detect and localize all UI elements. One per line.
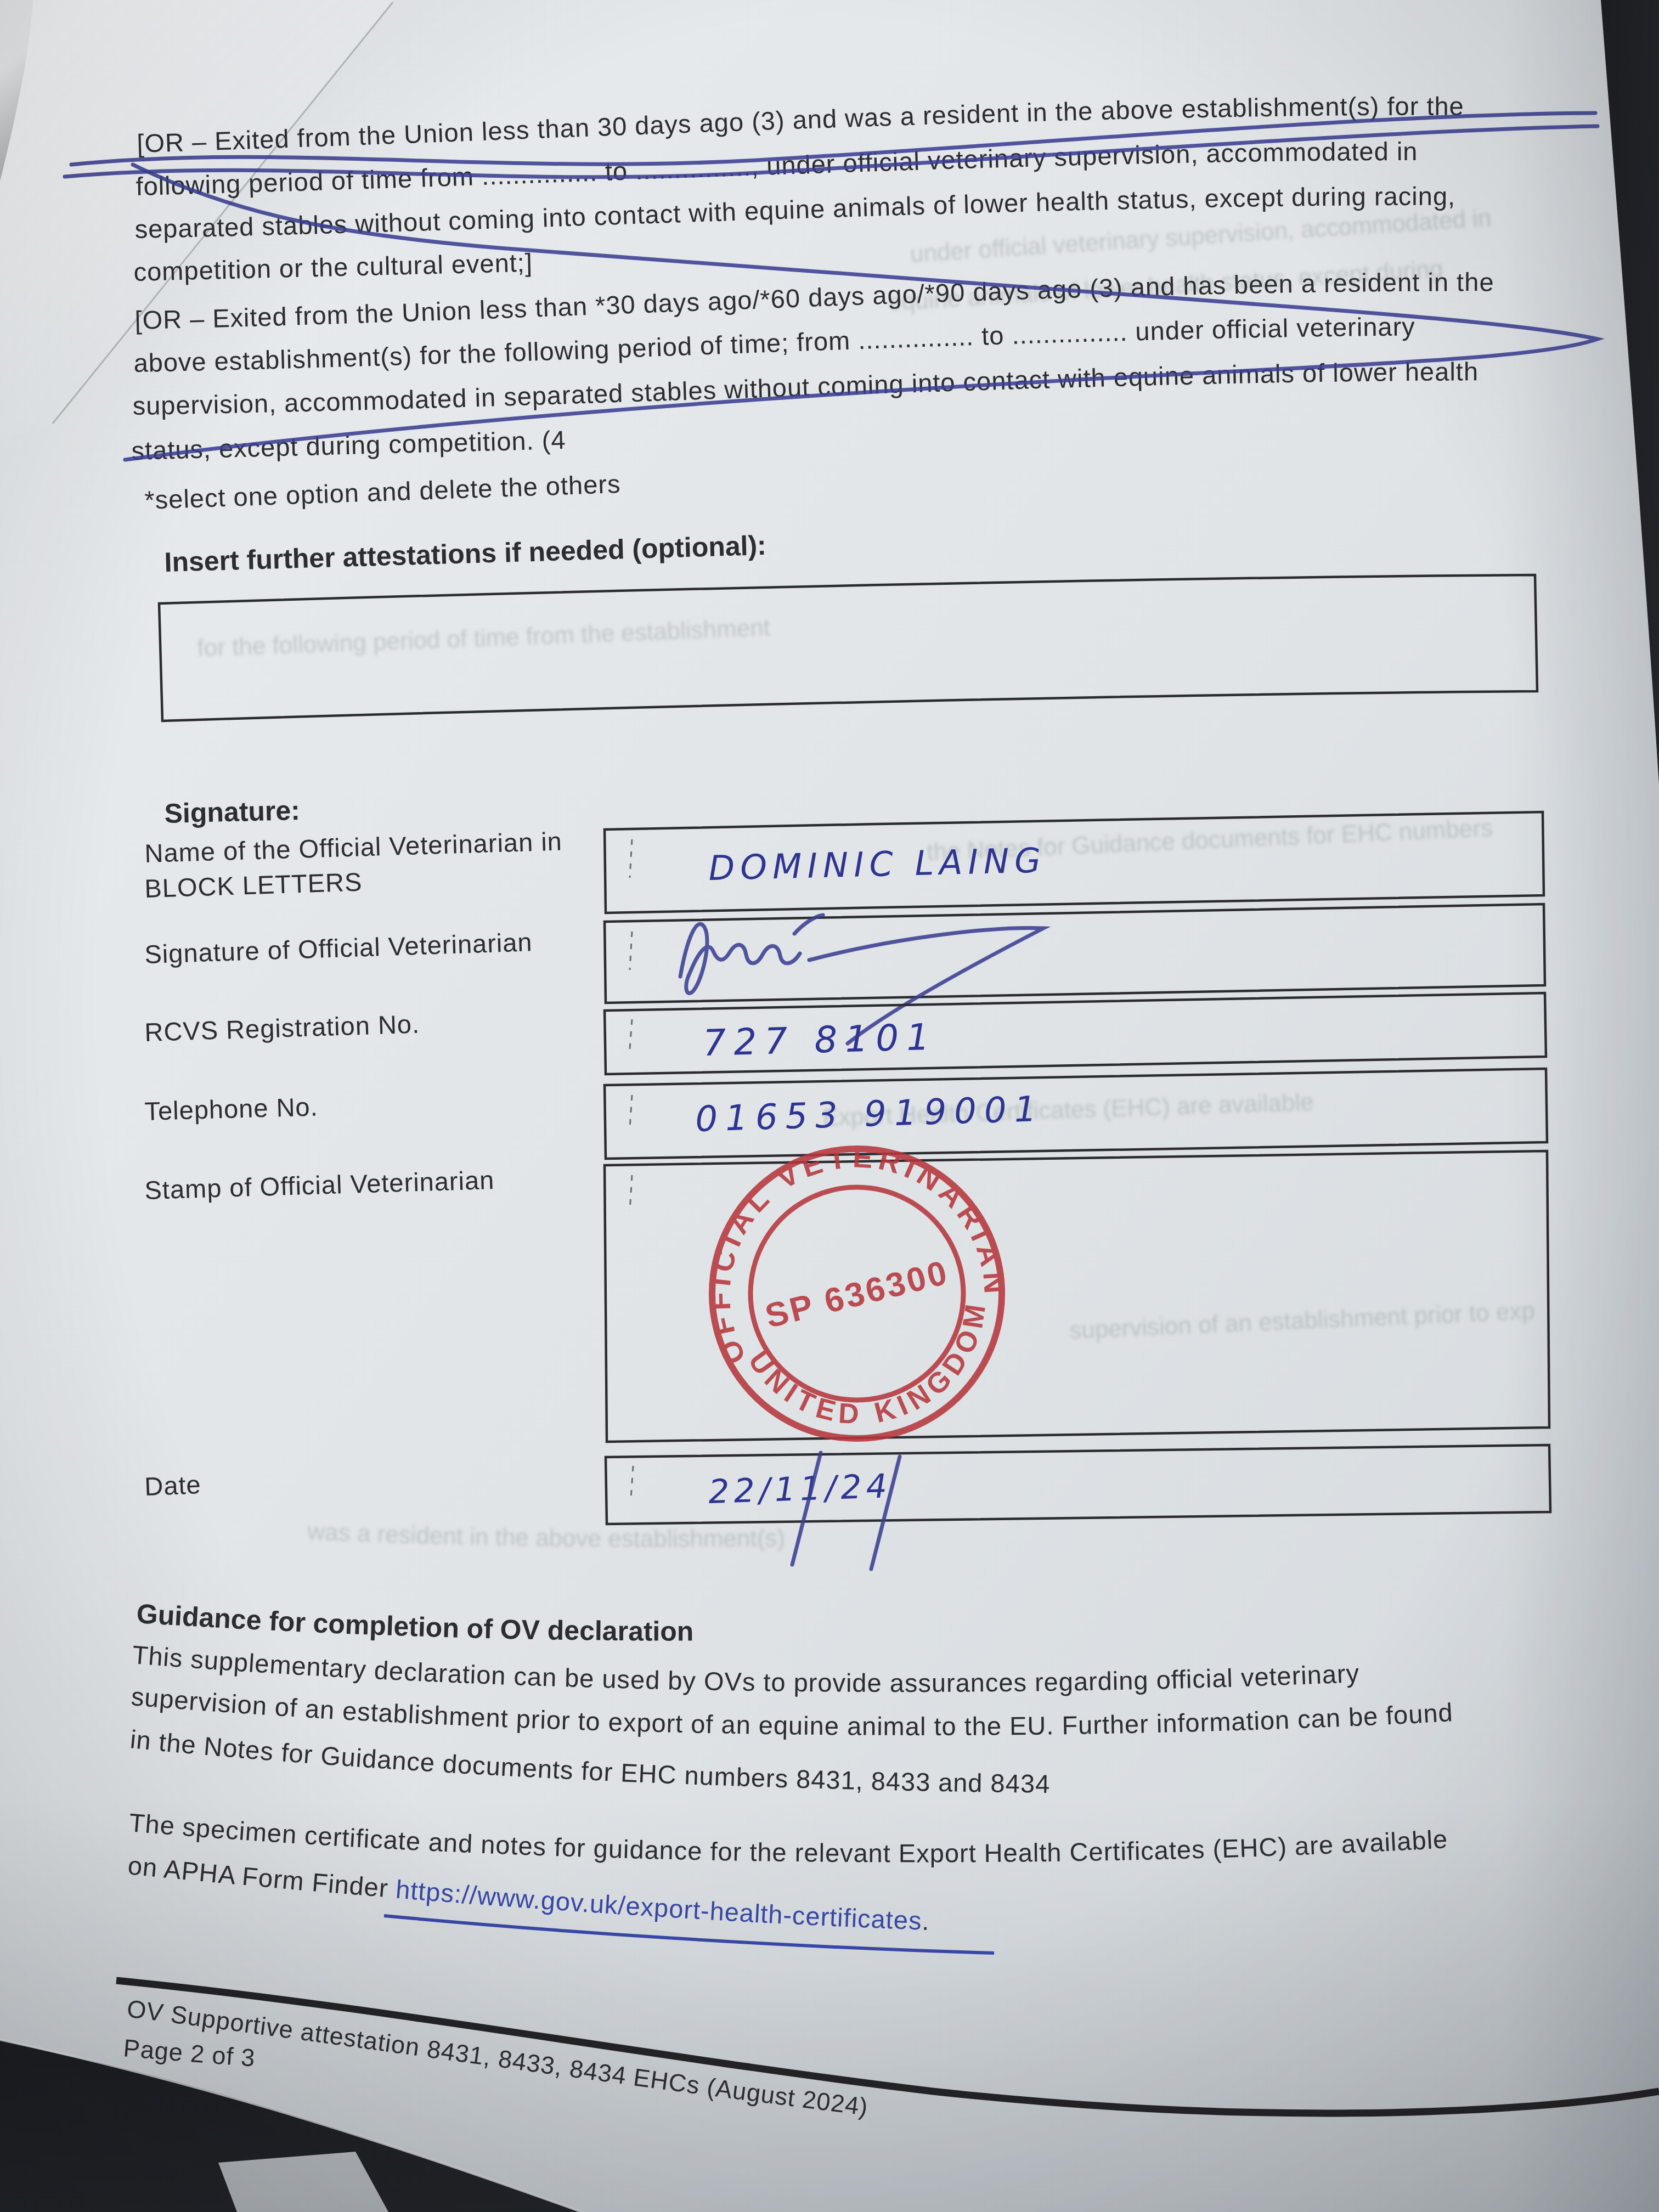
photo-vignette [0,0,1659,2212]
document-photo: under official veterinary supervision, a… [0,0,1659,2212]
photographed-document-page: under official veterinary supervision, a… [0,0,1659,2212]
